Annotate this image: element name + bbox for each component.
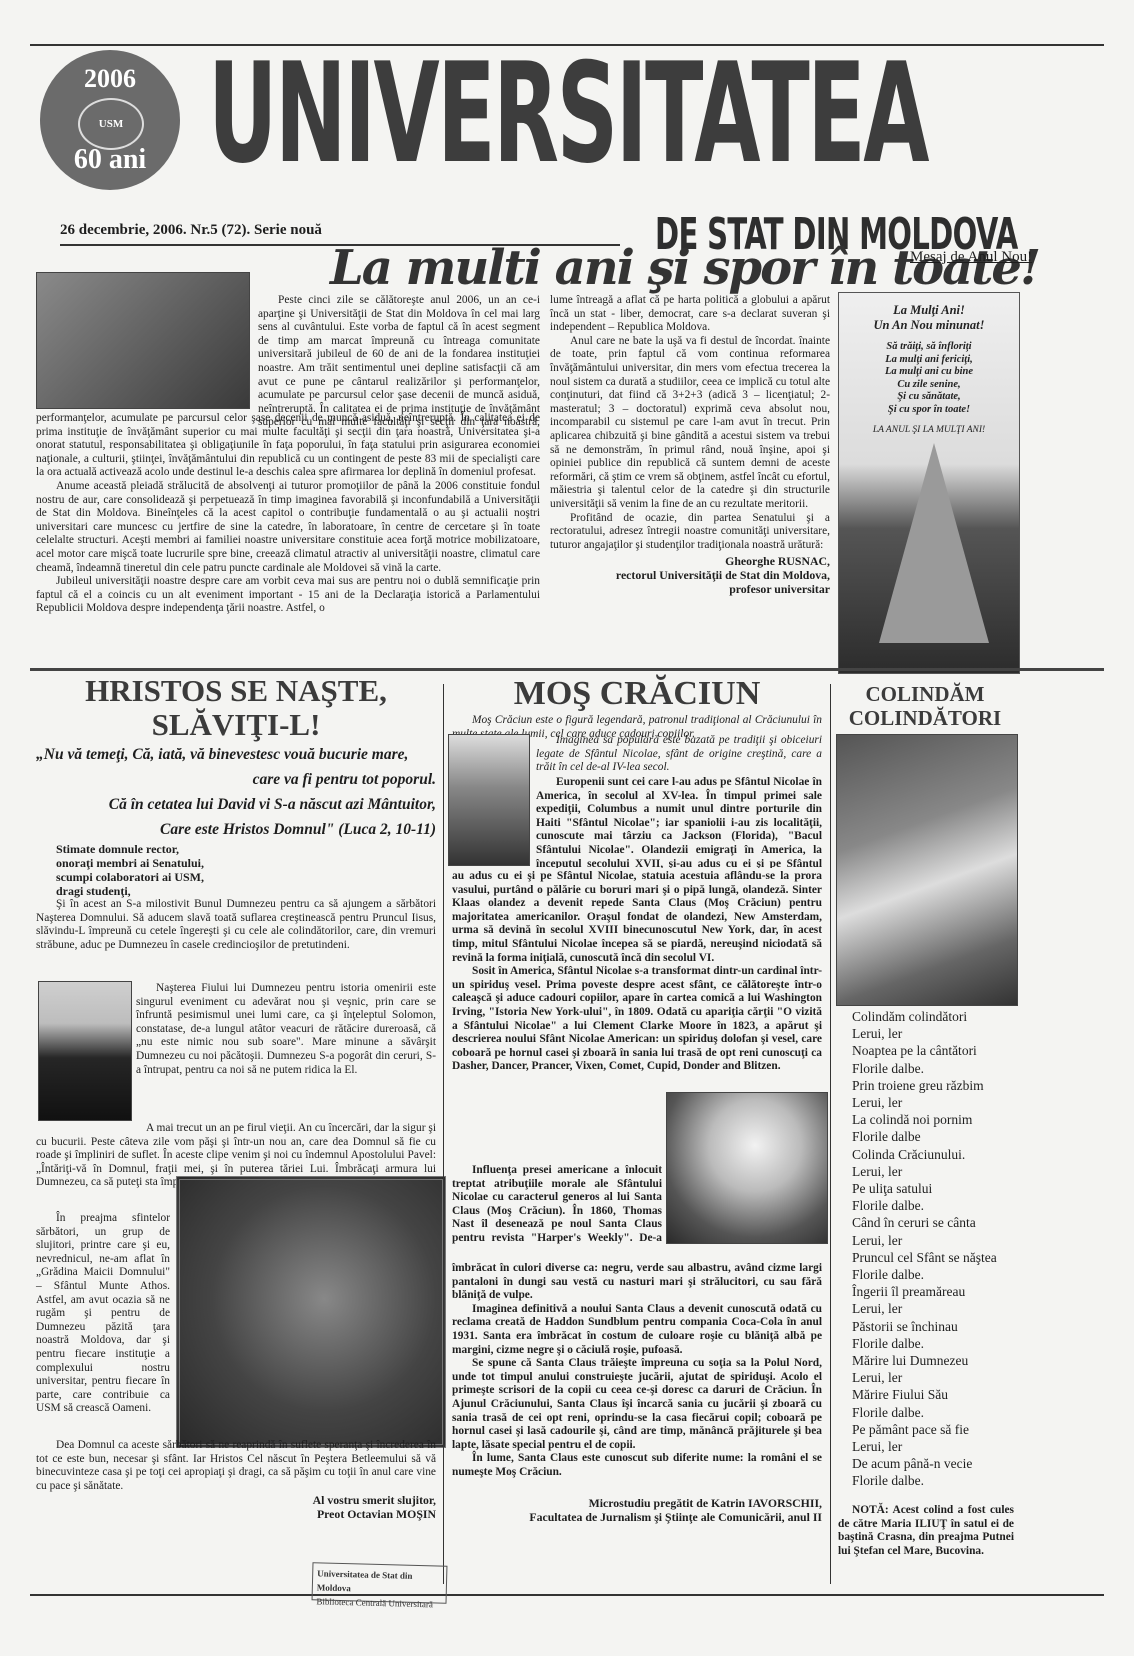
lead-article-wide: performanţelor, acumulate pe parcursul c… <box>36 412 540 616</box>
article-paragraph: au adus cu ei şi pe Sfântul Nicolae, sta… <box>452 870 822 965</box>
article-paragraph: Se spune că Santa Claus trăieşte împreun… <box>452 1357 822 1452</box>
mos-craciun-article: MOŞ CRĂCIUN Moş Crăciun este o figură le… <box>452 674 822 741</box>
lyric-line: Noaptea pe la cântători <box>852 1042 1022 1059</box>
greeting-verse: La mulţi ani fericiţi, <box>839 354 1019 367</box>
lyric-line: Pruncul cel Sfânt se năştea <box>852 1249 1022 1266</box>
author-photo <box>448 734 530 866</box>
colind-note: NOTĂ: Acest colind a fost cules de către… <box>838 1504 1014 1558</box>
colind-lyrics: Colindăm colindători Lerui, ler Noaptea … <box>852 1008 1022 1490</box>
priest-photo <box>38 981 132 1121</box>
lyric-line: Mărire Fiului Său <box>852 1386 1022 1403</box>
greeting-verse: Şi cu sănătate, <box>839 391 1019 404</box>
author-signature: Microstudiu pregătit de Katrin IAVORSCHI… <box>452 1496 822 1524</box>
hristos-body-p4: În preajma sfintelor sărbători, un grup … <box>36 1212 170 1416</box>
article-paragraph: Influenţa presei americane a înlocuit tr… <box>452 1164 662 1244</box>
bottom-rule <box>30 1594 1104 1596</box>
hristos-body-top: Şi în acest an S-a milostivit Bunul Dumn… <box>36 898 436 952</box>
mos-body-bottom: îmbrăcat în culori diverse ca: negru, ve… <box>452 1262 822 1524</box>
logo-anniversary: 60 ani <box>40 144 180 176</box>
quote-line: „Nu vă temeţi, Că, iată, vă binevestesc … <box>36 742 436 767</box>
greeting-box: La Mulţi Ani! Un An Nou minunat! Să trăi… <box>838 292 1020 674</box>
signature-role: profesor universitar <box>550 582 830 596</box>
article-paragraph: Naşterea Fiului lui Dumnezeu pentru isto… <box>136 982 436 1077</box>
lead-article-right: lume întreagă a aflat că pe harta politi… <box>550 294 830 596</box>
mos-body-p1: Europenii sunt cei care l-au adus pe Sfâ… <box>536 776 822 868</box>
rector-photo <box>36 272 250 409</box>
signature-faculty: Facultatea de Jurnalism şi Ştiinţe ale C… <box>452 1510 822 1524</box>
mos-title: MOŞ CRĂCIUN <box>452 674 822 714</box>
quote-line: Care este Hristos Domnul" (Luca 2, 10-11… <box>36 817 436 842</box>
greeting-title: Un An Nou minunat! <box>839 318 1019 333</box>
lyric-line: Florile dalbe. <box>852 1335 1022 1352</box>
priest-signature: Al vostru smerit slujitor, Preot Octavia… <box>36 1493 436 1521</box>
lyric-line: Florile dalbe. <box>852 1060 1022 1077</box>
lead-paragraph: performanţelor, acumulate pe parcursul c… <box>36 412 540 480</box>
lead-paragraph: lume întreagă a aflat că pe harta politi… <box>550 294 830 335</box>
lyric-line: Lerui, ler <box>852 1300 1022 1317</box>
lead-kicker: Mesaj de Anul Nou! <box>910 249 1032 266</box>
signature-title: rectorul Universităţii de Stat din Moldo… <box>550 568 830 582</box>
lyric-line: Când în ceruri se cânta <box>852 1214 1022 1231</box>
salutation-line: scumpi colaboratori ai USM, <box>56 870 436 884</box>
stamp-line: Biblioteca Centrală Universitară <box>316 1594 441 1611</box>
article-paragraph: În preajma sfintelor sărbători, un grup … <box>36 1212 170 1416</box>
article-paragraph: îmbrăcat în culori diverse ca: negru, ve… <box>452 1262 822 1303</box>
article-paragraph: Şi în acest an S-a milostivit Bunul Dumn… <box>36 898 436 952</box>
signature-name: Preot Octavian MOŞIN <box>36 1507 436 1521</box>
lyric-line: Pe uliţa satului <box>852 1180 1022 1197</box>
lead-paragraph: Profitând de ocazie, din partea Senatulu… <box>550 512 830 553</box>
greeting-verse: Şi cu spor în toate! <box>839 404 1019 417</box>
salutation-line: dragi studenţi, <box>56 884 436 898</box>
usm-seal-icon: USM <box>78 98 144 150</box>
signature-line: Al vostru smerit slujitor, <box>36 1493 436 1507</box>
lyric-line: Colindăm colindători <box>852 1008 1022 1025</box>
stamp-line: Universitatea de Stat din Moldova <box>317 1566 443 1597</box>
column-rule <box>830 684 831 1584</box>
hristos-title: SLĂVIŢI-L! <box>36 708 436 742</box>
greeting-title: La Mulţi Ani! <box>839 303 1019 318</box>
lyric-line: La colindă noi pornim <box>852 1111 1022 1128</box>
lead-paragraph: Anul care ne bate la uşă va fi destul de… <box>550 335 830 512</box>
lyric-line: Florile dalbe. <box>852 1197 1022 1214</box>
newspaper-page: 2006 USM 60 ani UNIVERSITATEA DE STAT DI… <box>30 44 1104 1604</box>
article-paragraph: Imaginea definitivă a noului Santa Claus… <box>452 1303 822 1357</box>
christmas-tree-image <box>879 443 989 643</box>
carolers-photo <box>836 734 1018 1006</box>
greeting-verse: Cu zile senine, <box>839 379 1019 392</box>
greeting-verse: La mulţi ani cu bine <box>839 366 1019 379</box>
masthead-title: UNIVERSITATEA <box>208 54 741 174</box>
quote-line: care va fi pentru tot poporul. <box>36 767 436 792</box>
lyric-line: De acum până-n vecie <box>852 1455 1022 1472</box>
article-paragraph: Dea Domnul ca aceste sărbători să ne rea… <box>36 1439 436 1493</box>
signature-name: Microstudiu pregătit de Katrin IAVORSCHI… <box>452 1496 822 1510</box>
lyric-line: Lerui, ler <box>852 1232 1022 1249</box>
lyric-line: Lerui, ler <box>852 1163 1022 1180</box>
mos-body-top: Imaginea sa populară este bazată pe trad… <box>536 734 822 775</box>
greeting-closing: LA ANUL ŞI LA MULŢI ANI! <box>839 424 1019 437</box>
rector-signature: Gheorghe RUSNAC, rectorul Universităţii … <box>550 554 830 596</box>
nativity-icon-image <box>176 1176 446 1448</box>
hristos-article: HRISTOS SE NAŞTE, SLĂVIŢI-L! „Nu vă teme… <box>36 674 436 952</box>
salutation: Stimate domnule rector, onoraţi membri a… <box>36 842 436 898</box>
quote-line: Că în cetatea lui David vi S-a născut az… <box>36 792 436 817</box>
salutation-line: Stimate domnule rector, <box>56 842 436 856</box>
article-paragraph: Imaginea sa populară este bazată pe trad… <box>536 734 822 775</box>
colind-section: COLINDĂM COLINDĂTORI <box>836 682 1014 730</box>
hristos-body-p5: Dea Domnul ca aceste sărbători să ne rea… <box>36 1439 436 1521</box>
lead-paragraph: Jubileul universităţii noastre despre ca… <box>36 575 540 616</box>
lyric-line: Lerui, ler <box>852 1094 1022 1111</box>
lyric-line: Păstorii se închinau <box>852 1318 1022 1335</box>
lead-article-left: Peste cinci zile se călătoreşte anul 200… <box>258 294 540 430</box>
lyric-line: Colinda Crăciunului. <box>852 1146 1022 1163</box>
lyric-line: Prin troiene greu răzbim <box>852 1077 1022 1094</box>
salutation-line: onoraţi membri ai Senatului, <box>56 856 436 870</box>
lyric-line: Florile dalbe. <box>852 1266 1022 1283</box>
lyric-line: Lerui, ler <box>852 1438 1022 1455</box>
logo-year: 2006 <box>40 64 180 94</box>
column-rule <box>443 684 444 1584</box>
lyric-line: Florile dalbe <box>852 1128 1022 1145</box>
library-stamp: Universitatea de Stat din Moldova Biblio… <box>312 1562 448 1604</box>
greeting-verse: Să trăiţi, să înfloriţi <box>839 341 1019 354</box>
hristos-body-mid: Naşterea Fiului lui Dumnezeu pentru isto… <box>136 982 436 1077</box>
mos-body-p3: Influenţa presei americane a înlocuit tr… <box>452 1164 662 1244</box>
lyric-line: Florile dalbe. <box>852 1472 1022 1489</box>
lyric-line: Lerui, ler <box>852 1025 1022 1042</box>
lead-paragraph: Peste cinci zile se călătoreşte anul 200… <box>258 294 540 430</box>
lead-paragraph: Anume această pleiadă strălucită de abso… <box>36 480 540 575</box>
lyric-line: Mărire lui Dumnezeu <box>852 1352 1022 1369</box>
anniversary-logo: 2006 USM 60 ani <box>40 50 180 190</box>
lyric-line: Pe pământ pace să fie <box>852 1421 1022 1438</box>
lyric-line: Lerui, ler <box>852 1369 1022 1386</box>
mos-body-wide: au adus cu ei şi pe Sfântul Nicolae, sta… <box>452 870 822 1115</box>
hristos-title: HRISTOS SE NAŞTE, <box>36 674 436 708</box>
lyric-line: Îngerii îl preamăreau <box>852 1283 1022 1300</box>
gospel-quote: „Nu vă temeţi, Că, iată, vă binevestesc … <box>36 742 436 842</box>
article-paragraph: În lume, Santa Claus este cunoscut sub d… <box>452 1452 822 1479</box>
signature-name: Gheorghe RUSNAC, <box>550 554 830 568</box>
article-paragraph: Europenii sunt cei care l-au adus pe Sfâ… <box>536 776 822 868</box>
colind-title: COLINDĂTORI <box>836 706 1014 730</box>
colind-title: COLINDĂM <box>836 682 1014 706</box>
lyric-line: Florile dalbe. <box>852 1404 1022 1421</box>
issue-dateline: 26 decembrie, 2006. Nr.5 (72). Serie nou… <box>60 222 322 239</box>
santa-claus-image <box>666 1092 828 1244</box>
section-rule <box>30 668 1104 671</box>
